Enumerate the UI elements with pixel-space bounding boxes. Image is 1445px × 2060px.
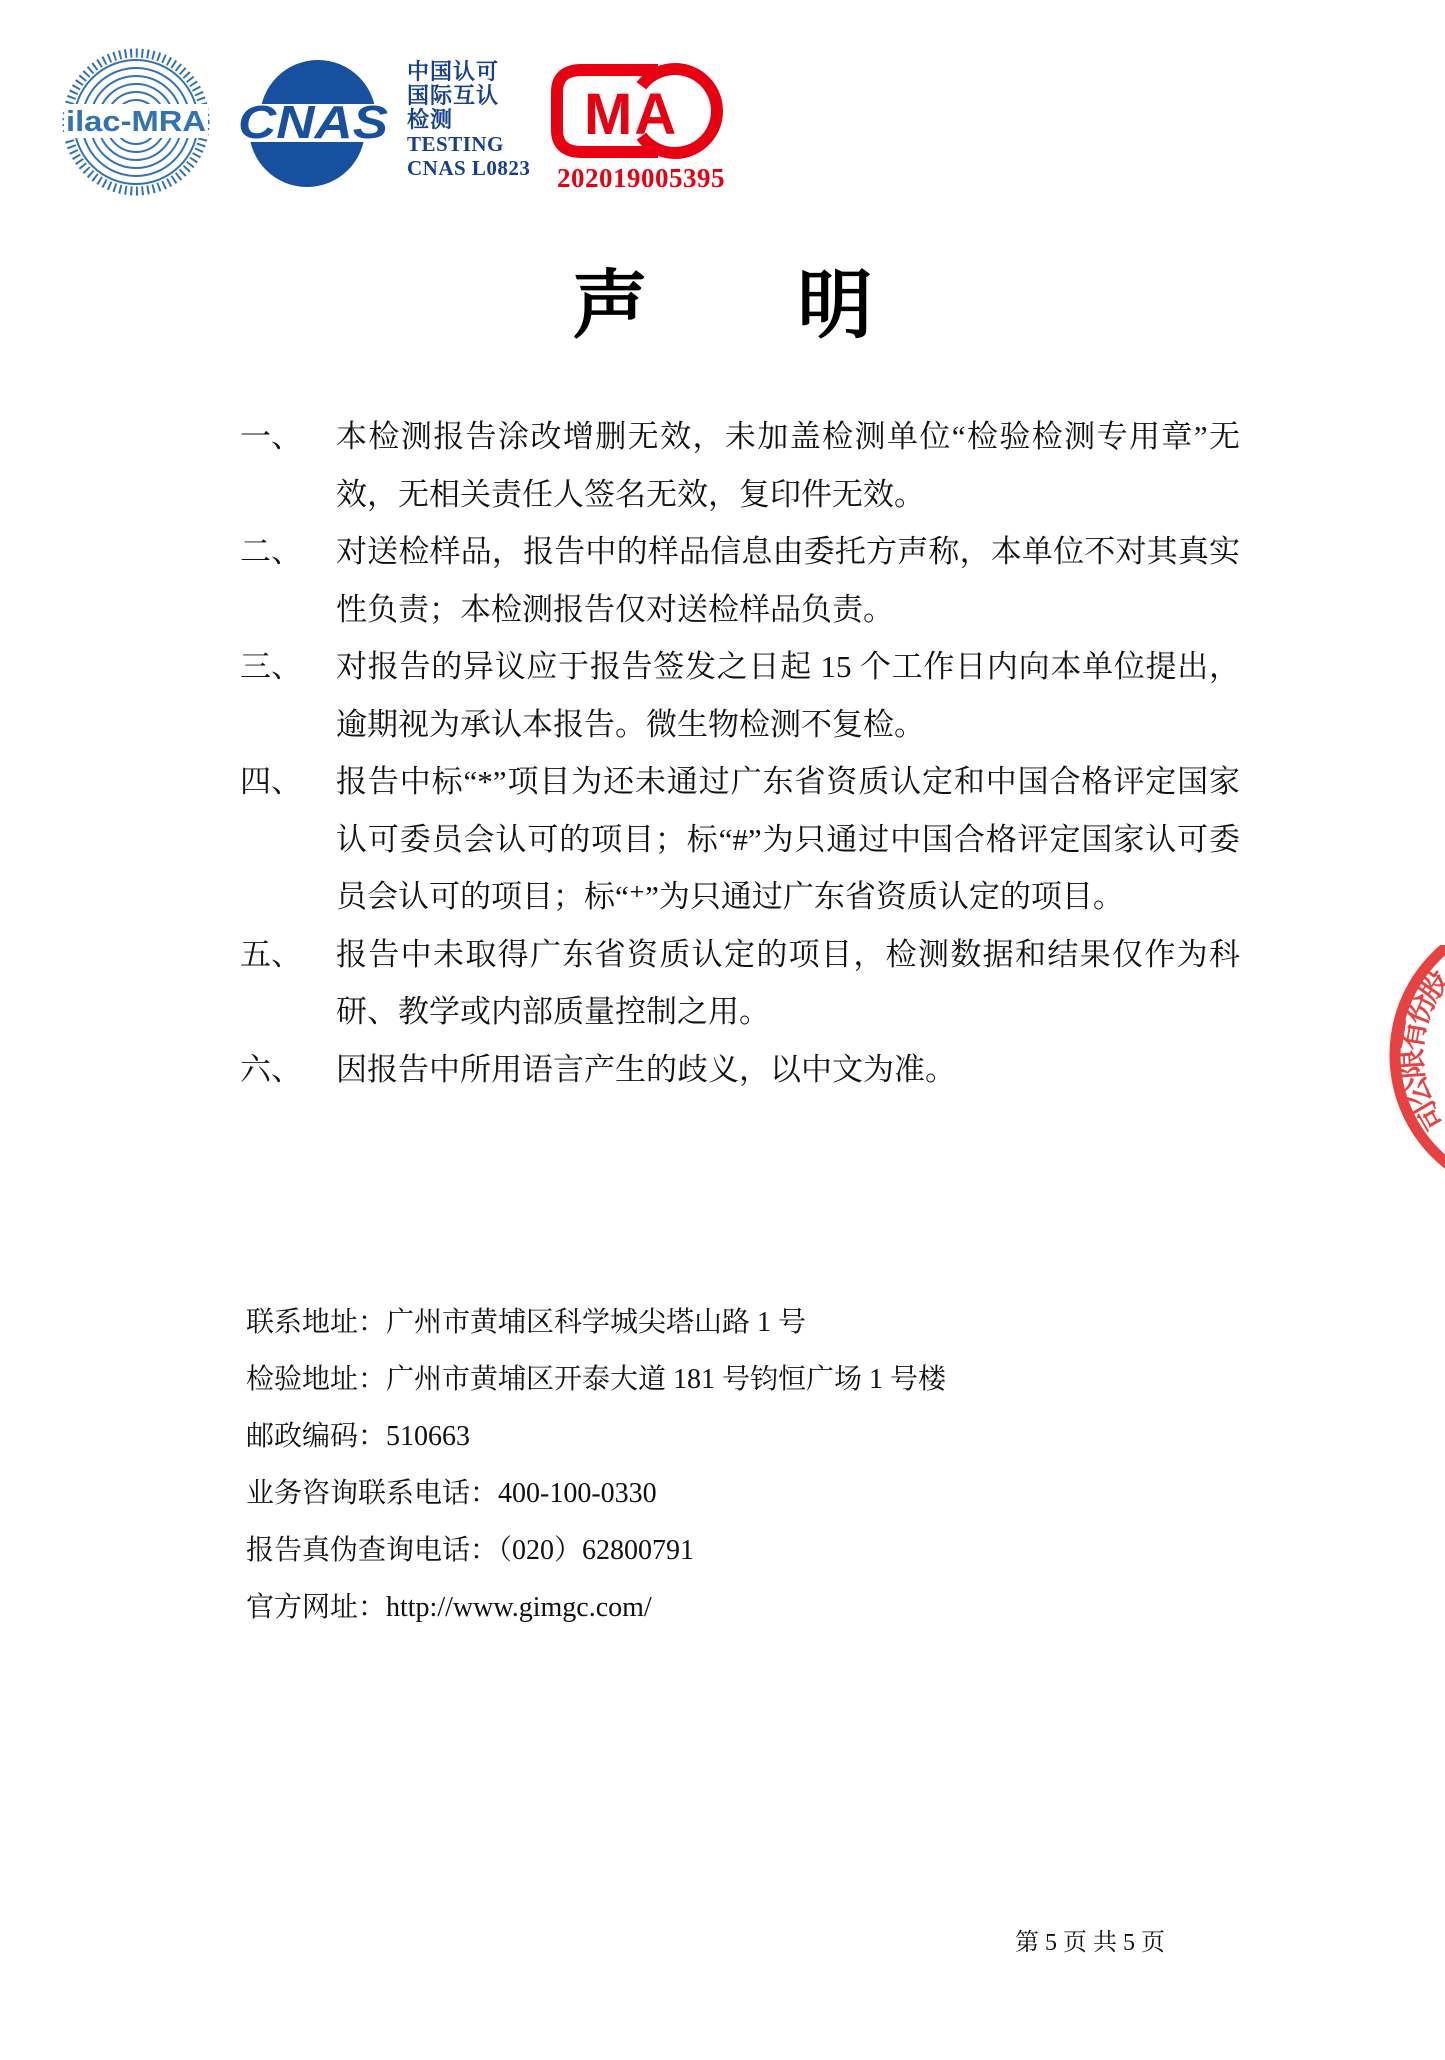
footer-page-number: 第 5 页 共 5 页 [960,1922,1220,1957]
statement-item: 六、 因报告中所用语言产生的歧义，以中文为准。 [240,1041,1244,1099]
statement-text: 对送检样品，报告中的样品信息由委托方声称，本单位不对其真实性负责；本检测报告仅对… [336,523,1240,638]
stamp-icon: 股 份 有 限 公 司 [1389,945,1445,1177]
stamp-char: 份 [1400,989,1442,1029]
statement-item: 三、 对报告的异议应于报告签发之日起 15 个工作日内向本单位提出，逾期视为承认… [240,638,1244,753]
contact-block: 联系地址：广州市黄埔区科学城尖塔山路 1 号 检验地址：广州市黄埔区开泰大道 1… [246,1294,946,1636]
ilac-mra-logo: ilac-MRA [62,46,210,203]
company-stamp: 股 份 有 限 公 司 [1389,945,1445,1177]
statement-text: 因报告中所用语言产生的歧义，以中文为准。 [336,1041,1240,1099]
statement-number: 五、 [240,926,336,1041]
accreditation-line: CNAS L0823 [407,156,547,180]
statement-number: 四、 [240,753,336,926]
statement-item: 一、 本检测报告涂改增删无效，未加盖检测单位“检验检测专用章”无效，无相关责任人… [240,408,1244,523]
statement-text: 报告中未取得广东省资质认定的项目，检测数据和结果仅作为科研、教学或内部质量控制之… [336,926,1240,1041]
stamp-char: 公 [1398,1072,1438,1110]
verification-phone-line: 报告真伪查询电话：（020）62800791 [246,1522,946,1579]
stamp-char: 司 [1407,1095,1445,1137]
accreditation-line: 中国认可 [407,60,547,84]
inspection-address-line: 检验地址：广州市黄埔区开泰大道 181 号钧恒广场 1 号楼 [246,1351,946,1408]
business-phone-line: 业务咨询联系电话：400-100-0330 [246,1465,946,1522]
cma-certificate-number: 202019005395 [548,163,734,194]
statement-item: 二、 对送检样品，报告中的样品信息由委托方声称，本单位不对其真实性负责；本检测报… [240,523,1244,638]
contact-address-line: 联系地址：广州市黄埔区科学城尖塔山路 1 号 [246,1294,946,1351]
statement-text: 对报告的异议应于报告签发之日起 15 个工作日内向本单位提出，逾期视为承认本报告… [336,638,1240,753]
ilac-mra-label: ilac-MRA [66,106,206,138]
stamp-char: 股 [1412,964,1445,1008]
statement-number: 二、 [240,523,336,638]
page-title: 声 明 [0,246,1445,353]
cma-label: MA [584,82,678,147]
cnas-icon: CNAS [236,58,389,189]
statement-text: 报告中标“*”项目为还未通过广东省资质认定和中国合格评定国家认可委员会认可的项目… [336,753,1240,926]
statement-item: 五、 报告中未取得广东省资质认定的项目，检测数据和结果仅作为科研、教学或内部质量… [240,926,1244,1041]
statements-list: 一、 本检测报告涂改增删无效，未加盖检测单位“检验检测专用章”无效，无相关责任人… [240,408,1244,1098]
statement-item: 四、 报告中标“*”项目为还未通过广东省资质认定和中国合格评定国家认可委员会认可… [240,753,1244,926]
cnas-logo: CNAS [236,58,389,194]
cma-logo: MA 202019005395 [548,62,734,194]
accreditation-text: 中国认可 国际互认 检测 TESTING CNAS L0823 [407,60,547,180]
statement-number: 六、 [240,1041,336,1099]
website-line: 官方网址：http://www.gimgc.com/ [246,1579,946,1636]
stamp-char: 限 [1395,1048,1430,1080]
cma-icon: MA [548,62,730,160]
report-page: ilac-MRA CNAS 中国认可 国际互认 检测 TESTING CNAS … [0,0,1445,2060]
accreditation-line: 检测 [407,108,547,132]
statement-text: 本检测报告涂改增删无效，未加盖检测单位“检验检测专用章”无效，无相关责任人签名无… [336,408,1240,523]
statement-number: 一、 [240,408,336,523]
statement-number: 三、 [240,638,336,753]
accreditation-line: 国际互认 [407,84,547,108]
cnas-label: CNAS [238,96,388,148]
stamp-char: 有 [1395,1018,1432,1053]
ilac-mra-icon: ilac-MRA [62,46,210,198]
postal-code-line: 邮政编码：510663 [246,1408,946,1465]
accreditation-line: TESTING [407,132,547,156]
